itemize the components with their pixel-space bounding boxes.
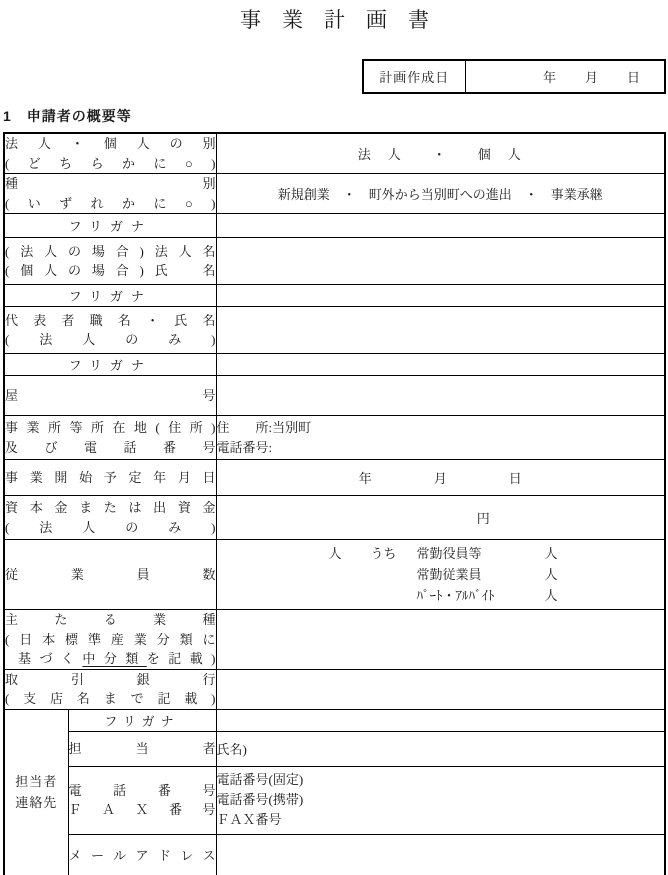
bank-field xyxy=(216,669,665,709)
representative-label-line1: 代表者職名・氏名 xyxy=(5,311,216,331)
row-start-date: 事業開始予定年月日 年 月 日 xyxy=(4,460,665,496)
start-date-month-label: 月 xyxy=(434,468,447,487)
furigana-representative-label: フリガナ xyxy=(4,285,216,307)
contact-group-label: 担当者 連絡先 xyxy=(4,709,68,875)
category-label-line2: (いずれかに○) xyxy=(5,194,216,214)
start-date-day-label: 日 xyxy=(509,468,522,487)
employees-item-name: ﾊﾟｰﾄ・ｱﾙﾊﾞｲﾄ xyxy=(417,585,545,606)
spacer xyxy=(349,543,371,564)
contact-phone-line-mobile: 電話番号(携帯) xyxy=(217,790,665,810)
category-label: 種別 (いずれかに○) xyxy=(4,174,216,214)
bank-label: 取引銀行 (支店名まで記載) xyxy=(4,669,216,709)
industry-label-line3: 基づく中分類を記載) xyxy=(5,649,216,669)
employees-label-line1: 従業員数 xyxy=(5,565,216,585)
employees-line-total: 人 うち 常勤役員等 人 xyxy=(217,543,665,564)
capital-label-line1: 資本金または出資金 xyxy=(5,498,216,518)
section-heading: 1 申請者の概要等 xyxy=(3,106,666,126)
employees-total-unit: 人 xyxy=(329,543,349,564)
contact-group-label-line1: 担当者 xyxy=(5,772,68,793)
industry-line3-underlined: 中分類 xyxy=(82,651,146,666)
furigana-company-field xyxy=(216,214,665,238)
row-employees: 従業員数 人 うち 常勤役員等 人 常勤従業員 人 xyxy=(4,540,665,610)
contact-email-label-line1: メールアドレス xyxy=(69,846,216,866)
employees-label: 従業員数 xyxy=(4,540,216,610)
contact-group-label-line2: 連絡先 xyxy=(5,793,68,814)
row-representative: 代表者職名・氏名 (法人のみ) xyxy=(4,307,665,354)
address-label-line1: 事業所等所在地(住所) xyxy=(5,418,216,438)
industry-label-line1: 主たる業種 xyxy=(5,610,216,630)
industry-label: 主たる業種 (日本標準産業分類に 基づく中分類を記載) xyxy=(4,610,216,670)
entity-type-label: 法人・個人の別 (どちらかに○) xyxy=(4,133,216,174)
row-contact-furigana: 担当者 連絡先 フリガナ xyxy=(4,709,665,731)
contact-phone-label-line1: 電話番号 xyxy=(69,781,216,801)
contact-person-label: 担当者 xyxy=(68,731,216,766)
capital-label-line2: (法人のみ) xyxy=(5,518,216,538)
row-bank: 取引銀行 (支店名まで記載) xyxy=(4,669,665,709)
address-label: 事業所等所在地(住所) 及び電話番号 xyxy=(4,416,216,460)
contact-phone-line-fax: ＦＡＸ番号 xyxy=(217,810,665,830)
spacer xyxy=(405,543,417,564)
entity-type-label-line1: 法人・個人の別 xyxy=(5,134,216,154)
capital-unit-label: 円 xyxy=(303,508,665,527)
spacer xyxy=(217,585,417,606)
tradename-label-line1: 屋号 xyxy=(5,386,216,406)
capital-value: 円 xyxy=(216,496,665,540)
entity-type-label-line2: (どちらかに○) xyxy=(5,154,216,174)
representative-label-line2: (法人のみ) xyxy=(5,330,216,350)
plan-date-container: 計画作成日 年 月 日 xyxy=(3,59,666,94)
contact-furigana-field xyxy=(216,709,665,731)
row-entity-type: 法人・個人の別 (どちらかに○) 法 人 ・ 個 人 xyxy=(4,133,665,174)
plan-date-row: 計画作成日 年 月 日 xyxy=(363,60,665,93)
entity-type-value: 法 人 ・ 個 人 xyxy=(216,133,665,174)
furigana-tradename-label: フリガナ xyxy=(4,354,216,376)
row-furigana-representative: フリガナ xyxy=(4,285,665,307)
company-name-label: (法人の場合)法人名 (個人の場合)氏 名 xyxy=(4,238,216,285)
bank-label-line2: (支店名まで記載) xyxy=(5,689,216,709)
contact-email-label: メールアドレス xyxy=(68,834,216,875)
employees-item-name: 常勤役員等 xyxy=(417,543,545,564)
company-name-field xyxy=(216,238,665,285)
employees-item-unit: 人 xyxy=(545,543,558,564)
address-value-line2: 電話番号: xyxy=(217,438,665,458)
plan-date-day-label: 日 xyxy=(627,67,640,86)
industry-line3-pre: 基づく xyxy=(18,651,82,666)
row-company-name: (法人の場合)法人名 (個人の場合)氏 名 xyxy=(4,238,665,285)
category-value: 新規創業 ・ 町外から当別町への進出 ・ 事業承継 xyxy=(216,174,665,214)
plan-date-box: 計画作成日 年 月 日 xyxy=(362,59,666,94)
plan-date-label: 計画作成日 xyxy=(363,60,465,93)
company-name-label-line1: (法人の場合)法人名 xyxy=(5,242,216,262)
row-furigana-tradename: フリガナ xyxy=(4,354,665,376)
start-date-label: 事業開始予定年月日 xyxy=(4,460,216,496)
tradename-label: 屋号 xyxy=(4,376,216,416)
industry-field xyxy=(216,610,665,670)
address-value: 住 所:当別町 電話番号: xyxy=(216,416,665,460)
contact-person-label-line1: 担当者 xyxy=(69,739,216,759)
representative-field xyxy=(216,307,665,354)
contact-phone-label: 電話番号 ＦＡＸ番号 xyxy=(68,766,216,834)
contact-furigana-label: フリガナ xyxy=(68,709,216,731)
industry-line3-post: を記載) xyxy=(147,651,216,666)
start-date-ymd: 年 月 日 xyxy=(217,468,665,487)
contact-phone-value: 電話番号(固定) 電話番号(携帯) ＦＡＸ番号 xyxy=(216,766,665,834)
address-label-line2: 及び電話番号 xyxy=(5,438,216,458)
applicant-overview-table: 法人・個人の別 (どちらかに○) 法 人 ・ 個 人 種別 (いずれかに○) 新… xyxy=(3,132,666,875)
contact-phone-line-fixed: 電話番号(固定) xyxy=(217,770,665,790)
bank-label-line1: 取引銀行 xyxy=(5,670,216,690)
tradename-field xyxy=(216,376,665,416)
contact-phone-label-line2: ＦＡＸ番号 xyxy=(69,800,216,820)
address-value-line1: 住 所:当別町 xyxy=(217,418,665,438)
employees-uchi-label: うち xyxy=(371,543,405,564)
employees-value: 人 うち 常勤役員等 人 常勤従業員 人 ﾊﾟｰﾄ・ｱﾙﾊﾞｲﾄ 人 xyxy=(216,540,665,610)
document-page: 事 業 計 画 書 計画作成日 年 月 日 1 申請者の概要等 法人・個人の別 xyxy=(0,0,668,875)
employees-item-unit: 人 xyxy=(545,585,558,606)
start-date-label-line1: 事業開始予定年月日 xyxy=(5,468,216,488)
spacer xyxy=(217,543,329,564)
row-tradename: 屋号 xyxy=(4,376,665,416)
employees-item-unit: 人 xyxy=(545,564,558,585)
row-industry: 主たる業種 (日本標準産業分類に 基づく中分類を記載) xyxy=(4,610,665,670)
contact-email-field xyxy=(216,834,665,875)
row-address: 事業所等所在地(住所) 及び電話番号 住 所:当別町 電話番号: xyxy=(4,416,665,460)
spacer xyxy=(217,564,417,585)
plan-date-value-cell: 年 月 日 xyxy=(465,60,665,93)
category-label-line1: 種別 xyxy=(5,174,216,194)
furigana-company-label: フリガナ xyxy=(4,214,216,238)
row-contact-person: 担当者 氏名) xyxy=(4,731,665,766)
employees-item-name: 常勤従業員 xyxy=(417,564,545,585)
row-contact-phone: 電話番号 ＦＡＸ番号 電話番号(固定) 電話番号(携帯) ＦＡＸ番号 xyxy=(4,766,665,834)
plan-date-ymd: 年 月 日 xyxy=(466,67,665,86)
company-name-label-line2: (個人の場合)氏 名 xyxy=(5,261,216,281)
capital-label: 資本金または出資金 (法人のみ) xyxy=(4,496,216,540)
start-date-value: 年 月 日 xyxy=(216,460,665,496)
document-title: 事 業 計 画 書 xyxy=(3,8,666,33)
start-date-year-label: 年 xyxy=(359,468,372,487)
industry-label-line2: (日本標準産業分類に xyxy=(5,630,216,650)
employees-line-parttime: ﾊﾟｰﾄ・ｱﾙﾊﾞｲﾄ 人 xyxy=(217,585,665,606)
row-furigana-company: フリガナ xyxy=(4,214,665,238)
row-contact-email: メールアドレス xyxy=(4,834,665,875)
representative-label: 代表者職名・氏名 (法人のみ) xyxy=(4,307,216,354)
plan-date-year-label: 年 xyxy=(543,67,556,86)
furigana-tradename-field xyxy=(216,354,665,376)
employees-line-fulltime: 常勤従業員 人 xyxy=(217,564,665,585)
contact-person-value: 氏名) xyxy=(216,731,665,766)
furigana-representative-field xyxy=(216,285,665,307)
row-category: 種別 (いずれかに○) 新規創業 ・ 町外から当別町への進出 ・ 事業承継 xyxy=(4,174,665,214)
row-capital: 資本金または出資金 (法人のみ) 円 xyxy=(4,496,665,540)
plan-date-month-label: 月 xyxy=(585,67,598,86)
